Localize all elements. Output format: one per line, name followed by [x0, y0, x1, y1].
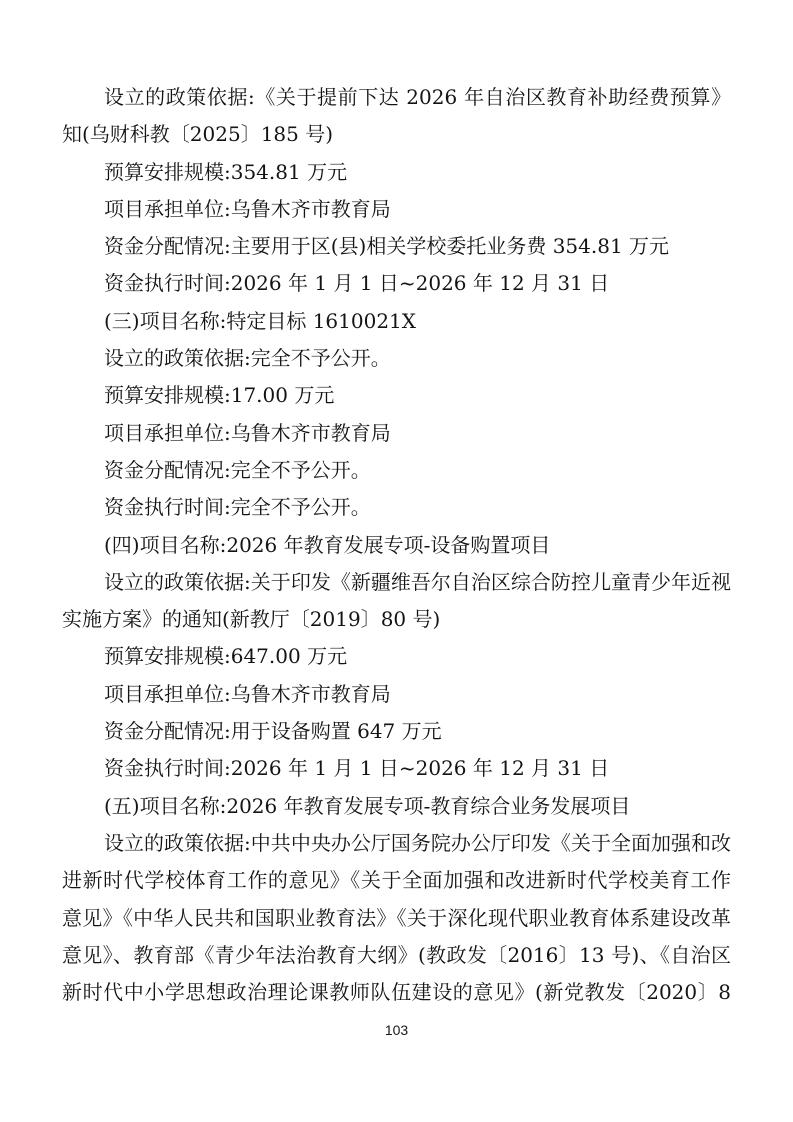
text-line: 资金执行时间:2026 年 1 月 1 日~2026 年 12 月 31 日: [62, 265, 731, 302]
text-line: 设立的政策依据:关于印发《新疆维吾尔自治区综合防控儿童青少年近视: [62, 564, 731, 601]
text-line: (四)项目名称:2026 年教育发展专项-设备购置项目: [62, 527, 731, 564]
text-line: 意见》、教育部《青少年法治教育大纲》(教政发〔2016〕13 号)、《自治区加强: [62, 937, 731, 974]
text-line: 资金分配情况:主要用于区(县)相关学校委托业务费 354.81 万元: [62, 228, 731, 265]
text-line: (三)项目名称:特定目标 1610021X: [62, 303, 731, 340]
text-line: 设立的政策依据:完全不予公开。: [62, 340, 731, 377]
text-line: 设立的政策依据:《关于提前下达 2026 年自治区教育补助经费预算》的通: [62, 79, 731, 116]
text-line: 项目承担单位:乌鲁木齐市教育局: [62, 676, 731, 713]
text-line: 实施方案》的通知(新教厅〔2019〕80 号): [62, 601, 731, 638]
text-line: 资金执行时间:完全不予公开。: [62, 489, 731, 526]
text-line: 预算安排规模:17.00 万元: [62, 377, 731, 414]
document-page: 设立的政策依据:《关于提前下达 2026 年自治区教育补助经费预算》的通知(乌财…: [0, 0, 793, 1122]
text-line: 资金分配情况:用于设备购置 647 万元: [62, 713, 731, 750]
page-number: 103: [0, 1022, 793, 1038]
text-line: 项目承担单位:乌鲁木齐市教育局: [62, 415, 731, 452]
text-line: 预算安排规模:647.00 万元: [62, 638, 731, 675]
document-body: 设立的政策依据:《关于提前下达 2026 年自治区教育补助经费预算》的通知(乌财…: [62, 79, 731, 1011]
text-line: 设立的政策依据:中共中央办公厅国务院办公厅印发《关于全面加强和改: [62, 825, 731, 862]
text-line: 新时代中小学思想政治理论课教师队伍建设的意见》(新党教发〔2020〕8 号)、: [62, 974, 731, 1011]
text-line: 资金分配情况:完全不予公开。: [62, 452, 731, 489]
text-line: 预算安排规模:354.81 万元: [62, 154, 731, 191]
text-line: 进新时代学校体育工作的意见》《关于全面加强和改进新时代学校美育工作的: [62, 862, 731, 899]
text-line: 知(乌财科教〔2025〕185 号): [62, 116, 731, 153]
text-line: 意见》《中华人民共和国职业教育法》《关于深化现代职业教育体系建设改革的: [62, 900, 731, 937]
text-line: 项目承担单位:乌鲁木齐市教育局: [62, 191, 731, 228]
text-line: (五)项目名称:2026 年教育发展专项-教育综合业务发展项目: [62, 788, 731, 825]
text-line: 资金执行时间:2026 年 1 月 1 日~2026 年 12 月 31 日: [62, 750, 731, 787]
